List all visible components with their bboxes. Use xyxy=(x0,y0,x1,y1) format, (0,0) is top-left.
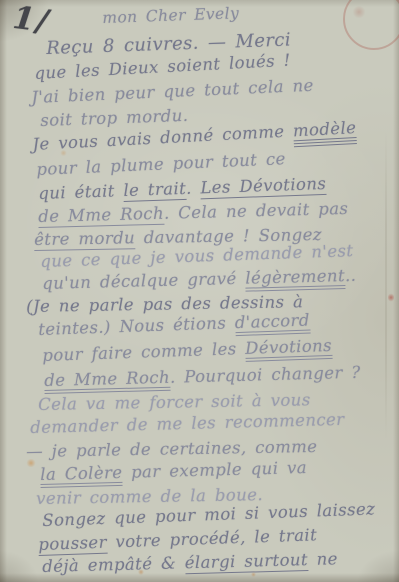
handwritten-line: de Mme Roch. Pourquoi changer ? xyxy=(44,363,361,390)
handwritten-line: soit trop mordu. xyxy=(40,106,189,130)
underlined-text: Les Dévotions xyxy=(200,174,327,200)
text-segment: — je parle de certaines, comme xyxy=(26,437,318,461)
underlined-text: le trait xyxy=(123,179,186,203)
handwritten-line: qui était le trait. Les Dévotions xyxy=(38,174,326,203)
red-circular-stamp xyxy=(343,0,399,50)
salutation-line: mon Cher Evely xyxy=(102,4,239,27)
text-segment: déjà empâté & xyxy=(42,553,185,576)
text-segment: par exemple qui va xyxy=(122,458,307,482)
underlined-text: de Mme Roch xyxy=(44,368,170,395)
text-segment: ne xyxy=(308,549,338,569)
underlined-text: légèrement xyxy=(245,266,345,293)
text-segment: mon Cher Evely xyxy=(102,4,239,27)
underlined-text: modèle xyxy=(292,118,357,148)
text-segment: . Pourquoi changer ? xyxy=(170,363,361,387)
text-segment: soit trop mordu. xyxy=(40,106,189,130)
text-segment: . xyxy=(186,178,201,197)
text-segment: teintes.) Nous étions xyxy=(38,313,235,339)
text-segment: qu'un décalque gravé xyxy=(42,269,246,293)
handwritten-line: pour faire comme les Dévotions xyxy=(42,336,332,365)
paper-crease xyxy=(385,130,387,440)
stamp-smudge xyxy=(352,6,366,18)
text-segment: votre procédé, le trait xyxy=(106,525,317,551)
text-segment: . Cela ne devait pas xyxy=(164,199,349,223)
page-number-mark: 1/ xyxy=(11,0,52,40)
text-segment: pour la plume pour tout ce xyxy=(36,149,286,179)
handwritten-line: qu'un décalque gravé légèrement.. xyxy=(42,266,357,293)
letter-page: 1/ mon Cher Evely Reçu 8 cuivres. — Merc… xyxy=(0,0,399,582)
underlined-text: de Mme Roch xyxy=(38,204,164,229)
foxing-spot xyxy=(388,293,394,302)
handwritten-line: la Colère par exemple qui va xyxy=(40,458,307,484)
text-segment: qui était xyxy=(38,181,124,203)
handwritten-line: Cela va me forcer soit à vous xyxy=(38,390,311,414)
handwritten-line: — je parle de certaines, comme xyxy=(26,437,318,461)
underlined-text: d'accord xyxy=(234,311,310,338)
handwritten-line: de Mme Roch. Cela ne devait pas xyxy=(38,199,349,226)
underlined-text: la Colère xyxy=(40,463,123,489)
underlined-text: Dévotions xyxy=(245,336,333,363)
underlined-text: élargi surtout xyxy=(184,550,308,575)
handwritten-line: pousser votre procédé, le trait xyxy=(38,525,317,554)
text-segment: pour faire comme les xyxy=(42,339,246,365)
text-segment: Cela va me forcer soit à vous xyxy=(38,390,311,414)
underlined-text: pousser xyxy=(38,533,107,557)
text-segment: .. xyxy=(345,266,357,285)
handwritten-line: pour la plume pour tout ce xyxy=(36,149,286,179)
text-segment: demander de me les recommencer xyxy=(30,410,345,437)
handwritten-line: demander de me les recommencer xyxy=(30,410,345,437)
